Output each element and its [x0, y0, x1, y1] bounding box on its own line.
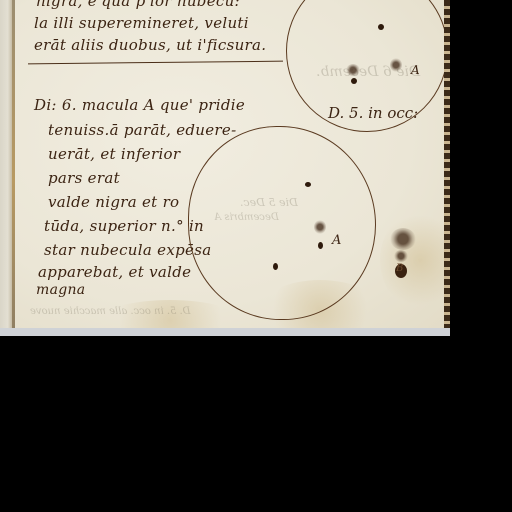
manuscript-line: tenuiss.ā parāt, eduere-	[48, 121, 236, 139]
manuscript-line: apparebat, et valde	[38, 263, 191, 281]
sunspot	[318, 242, 323, 249]
spot-label-a: A	[332, 233, 341, 248]
manuscript-line: Di: 6. macula A que' pridie	[34, 96, 245, 114]
manuscript-line: magna	[36, 282, 85, 298]
page-edge-right	[444, 0, 450, 330]
sunspot-penumbra	[390, 228, 416, 250]
binding-gutter	[12, 0, 15, 330]
page-bottom-edge	[0, 328, 450, 336]
manuscript-line: pars erat	[48, 169, 120, 187]
manuscript-page: Die 6 Decemb. Die 5 Dec. Decembris A D. …	[0, 0, 450, 336]
paper-stain	[380, 210, 450, 310]
sunspot	[378, 24, 384, 30]
sun-disk-drawing-main	[188, 126, 376, 320]
manuscript-line: la illi superemineret, veluti	[34, 14, 249, 32]
sunspot-penumbra	[314, 220, 326, 234]
sunspot	[305, 182, 311, 187]
manuscript-line: star nubecula expēsa	[44, 241, 211, 259]
manuscript-line: tūda, superior n.° in	[44, 217, 204, 235]
disk-caption: D. 5. in occ:	[328, 104, 418, 122]
spot-label-b: B	[396, 263, 403, 274]
sunspot	[273, 263, 278, 270]
bleed-through-text: D. 5. in occ. alle macchie nuove	[30, 306, 190, 317]
manuscript-line: nigra, e'quā p'ior nubecu:	[36, 0, 240, 10]
manuscript-line: uerāt, et inferior	[48, 145, 180, 163]
section-divider-line	[28, 61, 283, 65]
manuscript-line: erāt aliis duobus, ut i'ficsura.	[34, 36, 266, 54]
manuscript-line: valde nigra et ro	[48, 193, 179, 211]
sunspot-penumbra	[346, 64, 360, 76]
sunspot	[351, 78, 357, 84]
sunspot-b: B	[395, 264, 407, 278]
sunspot-penumbra	[394, 250, 408, 262]
sunspot-penumbra	[390, 58, 402, 72]
spot-label-a: A	[411, 63, 420, 77]
